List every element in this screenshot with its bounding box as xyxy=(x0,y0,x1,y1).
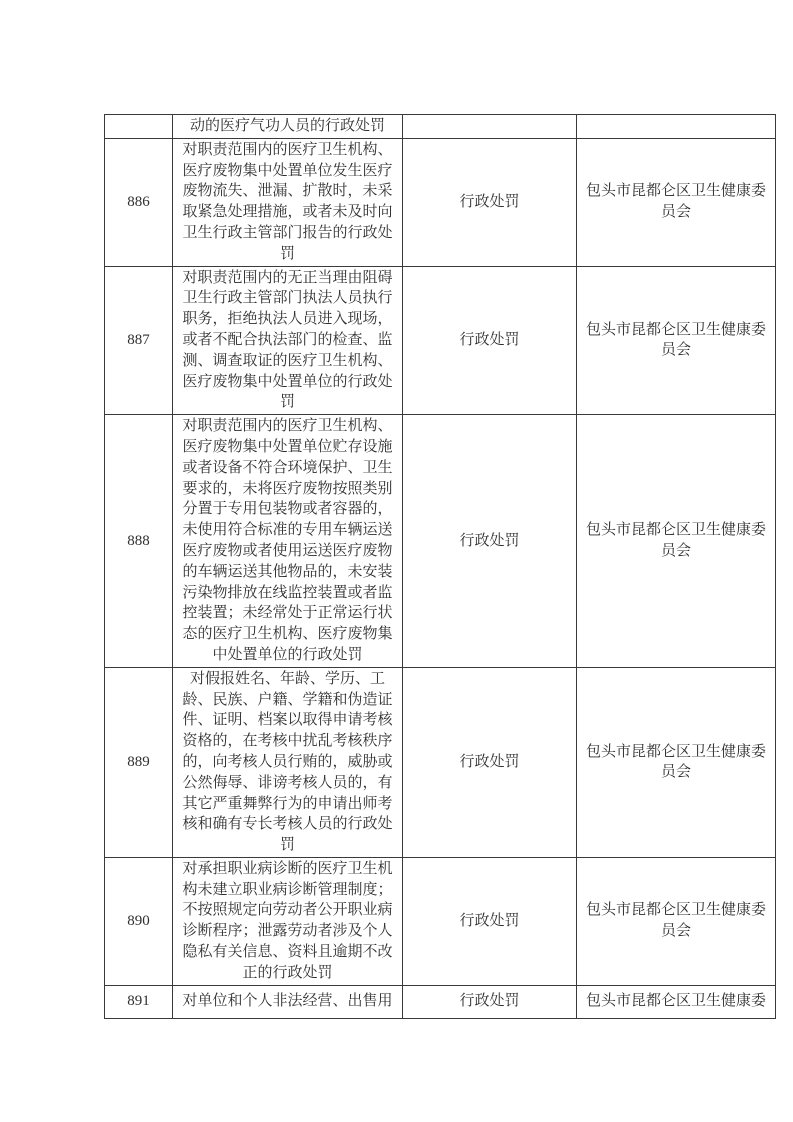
description-cell: 对职责范围内的医疗卫生机构、医疗废物集中处置单位发生医疗废物流失、泄漏、扩散时，… xyxy=(173,138,403,266)
table-row: 动的医疗气功人员的行政处罚 xyxy=(105,115,776,139)
authority-cell xyxy=(577,115,776,139)
description-cell: 对假报姓名、年龄、学历、工龄、民族、户籍、学籍和伪造证件、证明、档案以取得申请考… xyxy=(173,667,403,857)
table-row: 888 对职责范围内的医疗卫生机构、医疗废物集中处置单位贮存设施或者设备不符合环… xyxy=(105,415,776,668)
penalty-table: 动的医疗气功人员的行政处罚 886 对职责范围内的医疗卫生机构、医疗废物集中处置… xyxy=(104,114,776,1019)
authority-cell: 包头市昆都仑区卫生健康委员会 xyxy=(577,415,776,668)
description-cell: 对单位和个人非法经营、出售用 xyxy=(173,985,403,1018)
table-row: 890 对承担职业病诊断的医疗卫生机构未建立职业病诊断管理制度；不按照规定向劳动… xyxy=(105,857,776,985)
row-number-cell: 887 xyxy=(105,266,173,415)
row-number-cell: 890 xyxy=(105,857,173,985)
penalty-type-cell: 行政处罚 xyxy=(403,667,577,857)
penalty-type-cell: 行政处罚 xyxy=(403,138,577,266)
row-number-cell: 888 xyxy=(105,415,173,668)
table-row: 886 对职责范围内的医疗卫生机构、医疗废物集中处置单位发生医疗废物流失、泄漏、… xyxy=(105,138,776,266)
penalty-type-cell xyxy=(403,115,577,139)
authority-cell: 包头市昆都仑区卫生健康委员会 xyxy=(577,138,776,266)
table-row: 887 对职责范围内的无正当理由阻碍卫生行政主管部门执法人员执行职务，拒绝执法人… xyxy=(105,266,776,415)
table-row: 889 对假报姓名、年龄、学历、工龄、民族、户籍、学籍和伪造证件、证明、档案以取… xyxy=(105,667,776,857)
description-cell: 对承担职业病诊断的医疗卫生机构未建立职业病诊断管理制度；不按照规定向劳动者公开职… xyxy=(173,857,403,985)
row-number-cell xyxy=(105,115,173,139)
penalty-type-cell: 行政处罚 xyxy=(403,415,577,668)
authority-cell: 包头市昆都仑区卫生健康委 xyxy=(577,985,776,1018)
penalty-type-cell: 行政处罚 xyxy=(403,985,577,1018)
authority-cell: 包头市昆都仑区卫生健康委员会 xyxy=(577,266,776,415)
description-cell: 对职责范围内的医疗卫生机构、医疗废物集中处置单位贮存设施或者设备不符合环境保护、… xyxy=(173,415,403,668)
table-row: 891 对单位和个人非法经营、出售用 行政处罚 包头市昆都仑区卫生健康委 xyxy=(105,985,776,1018)
document-page: 动的医疗气功人员的行政处罚 886 对职责范围内的医疗卫生机构、医疗废物集中处置… xyxy=(0,0,793,1122)
description-cell: 动的医疗气功人员的行政处罚 xyxy=(173,115,403,139)
row-number-cell: 891 xyxy=(105,985,173,1018)
penalty-type-cell: 行政处罚 xyxy=(403,857,577,985)
description-cell: 对职责范围内的无正当理由阻碍卫生行政主管部门执法人员执行职务，拒绝执法人员进入现… xyxy=(173,266,403,415)
penalty-type-cell: 行政处罚 xyxy=(403,266,577,415)
authority-cell: 包头市昆都仑区卫生健康委员会 xyxy=(577,667,776,857)
row-number-cell: 886 xyxy=(105,138,173,266)
authority-cell: 包头市昆都仑区卫生健康委员会 xyxy=(577,857,776,985)
row-number-cell: 889 xyxy=(105,667,173,857)
